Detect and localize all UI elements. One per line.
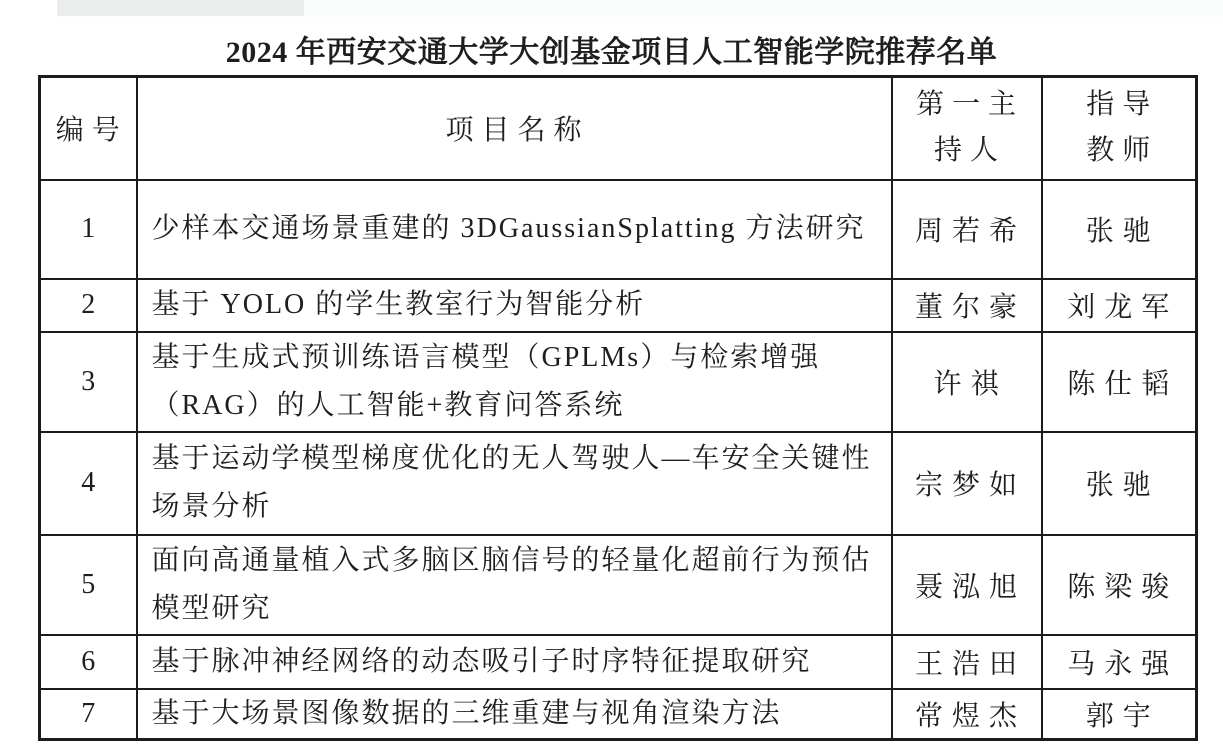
advisor-name: 马永强	[1042, 635, 1197, 689]
row-id: 4	[40, 432, 137, 535]
advisor-name: 张驰	[1042, 180, 1197, 279]
row-id: 5	[40, 535, 137, 635]
scan-artifact-box	[57, 0, 304, 16]
table-row: 4 基于运动学模型梯度优化的无人驾驶人—车安全关键性场景分析 宗梦如 张驰	[40, 432, 1197, 535]
advisor-name: 陈仕韬	[1042, 332, 1197, 432]
row-id: 7	[40, 689, 137, 740]
header-advisor: 指导 教师	[1042, 77, 1197, 180]
advisor-name: 陈梁骏	[1042, 535, 1197, 635]
leader-name: 常煜杰	[892, 689, 1042, 740]
project-name: 基于脉冲神经网络的动态吸引子时序特征提取研究	[137, 635, 892, 689]
table-header-row: 编号 项目名称 第一主 持人 指导 教师	[40, 77, 1197, 180]
table-row: 3 基于生成式预训练语言模型（GPLMs）与检索增强（RAG）的人工智能+教育问…	[40, 332, 1197, 432]
leader-name: 王浩田	[892, 635, 1042, 689]
row-id: 3	[40, 332, 137, 432]
header-first-leader-line1: 第一主	[901, 82, 1040, 128]
project-name: 面向高通量植入式多脑区脑信号的轻量化超前行为预估模型研究	[137, 535, 892, 635]
leader-name: 董尔豪	[892, 279, 1042, 332]
header-first-leader-line2: 持人	[901, 128, 1040, 174]
page-title: 2024 年西安交通大学大创基金项目人工智能学院推荐名单	[0, 27, 1223, 71]
advisor-name: 郭宇	[1042, 689, 1197, 740]
table-row: 1 少样本交通场景重建的 3DGaussianSplatting 方法研究 周若…	[40, 180, 1197, 279]
row-id: 2	[40, 279, 137, 332]
project-name: 少样本交通场景重建的 3DGaussianSplatting 方法研究	[137, 180, 892, 279]
leader-name: 许祺	[892, 332, 1042, 432]
leader-name: 周若希	[892, 180, 1042, 279]
project-name: 基于大场景图像数据的三维重建与视角渲染方法	[137, 689, 892, 740]
advisor-name: 刘龙军	[1042, 279, 1197, 332]
advisor-name: 张驰	[1042, 432, 1197, 535]
table-row: 2 基于 YOLO 的学生教室行为智能分析 董尔豪 刘龙军	[40, 279, 1197, 332]
header-advisor-line1: 指导	[1051, 82, 1195, 128]
project-name: 基于 YOLO 的学生教室行为智能分析	[137, 279, 892, 332]
header-first-leader: 第一主 持人	[892, 77, 1042, 180]
header-advisor-line2: 教师	[1051, 128, 1195, 174]
header-project-name: 项目名称	[137, 77, 892, 180]
leader-name: 宗梦如	[892, 432, 1042, 535]
project-name: 基于运动学模型梯度优化的无人驾驶人—车安全关键性场景分析	[137, 432, 892, 535]
leader-name: 聂泓旭	[892, 535, 1042, 635]
row-id: 1	[40, 180, 137, 279]
recommendation-table: 编号 项目名称 第一主 持人 指导 教师 1 少样本交通场景重建的 3DGaus…	[38, 75, 1198, 741]
table-row: 7 基于大场景图像数据的三维重建与视角渲染方法 常煜杰 郭宇	[40, 689, 1197, 740]
table-row: 6 基于脉冲神经网络的动态吸引子时序特征提取研究 王浩田 马永强	[40, 635, 1197, 689]
header-id: 编号	[40, 77, 137, 180]
project-name: 基于生成式预训练语言模型（GPLMs）与检索增强（RAG）的人工智能+教育问答系…	[137, 332, 892, 432]
row-id: 6	[40, 635, 137, 689]
table-row: 5 面向高通量植入式多脑区脑信号的轻量化超前行为预估模型研究 聂泓旭 陈梁骏	[40, 535, 1197, 635]
